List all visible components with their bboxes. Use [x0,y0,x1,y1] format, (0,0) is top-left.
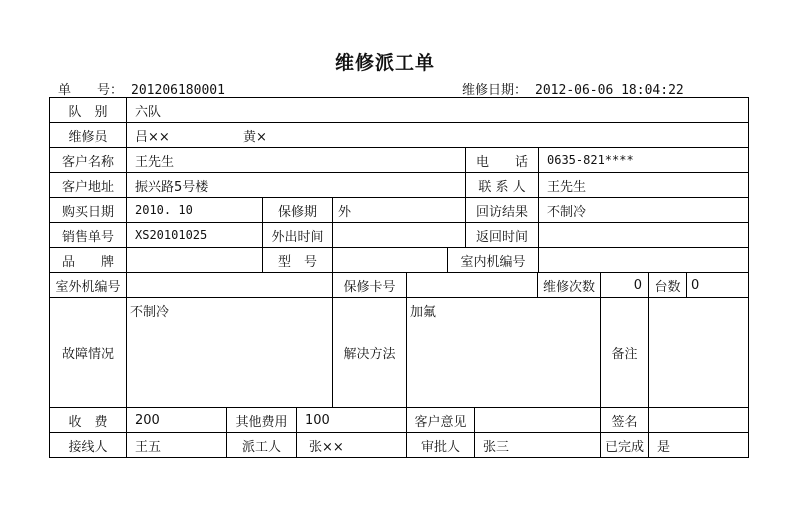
completed-label: 已完成 [600,432,649,458]
purchase-date-value[interactable]: 2010. 10 [126,197,263,223]
order-number-label: 单 号： [58,83,123,98]
team-label: 队 别 [49,97,127,123]
return-time-value[interactable] [538,222,749,248]
receiver-value[interactable]: 王五 [126,432,227,458]
approver-label: 审批人 [406,432,475,458]
customer-name-label: 客户名称 [49,147,127,173]
repair-count-value[interactable]: 0 [600,272,649,298]
repair-date-value: 2012-06-06 18:04:22 [527,83,684,98]
remarks-value[interactable] [648,297,749,408]
customer-opinion-value[interactable] [474,407,601,433]
followup-result-label: 回访结果 [465,197,539,223]
outdoor-unit-no-label: 室外机编号 [49,272,127,298]
team-value[interactable]: 六队 [126,97,749,123]
sales-order-value[interactable]: XS20101025 [126,222,263,248]
warranty-value[interactable]: 外 [332,197,466,223]
customer-opinion-label: 客户意见 [406,407,475,433]
other-fee-label: 其他费用 [226,407,297,433]
warranty-card-label: 保修卡号 [332,272,407,298]
brand-value[interactable] [126,247,263,273]
repairer-2: 黄× [243,126,267,145]
contact-value[interactable]: 王先生 [538,172,749,198]
warranty-label: 保修期 [262,197,333,223]
model-value[interactable] [332,247,448,273]
repairers-label: 维修员 [49,122,127,148]
return-time-label: 返回时间 [465,222,539,248]
signature-value[interactable] [648,407,749,433]
repair-count-label: 维修次数 [537,272,601,298]
page-title: 维修派工单 [0,48,770,75]
unit-count-label: 台数 [648,272,687,298]
customer-name-value[interactable]: 王先生 [126,147,466,173]
signature-label: 签名 [600,407,649,433]
indoor-unit-no-label: 室内机编号 [447,247,539,273]
phone-value[interactable]: 0635-821**** [538,147,749,173]
dispatcher-value[interactable]: 张×× [296,432,407,458]
warranty-card-value[interactable] [406,272,538,298]
sales-order-label: 销售单号 [49,222,127,248]
customer-address-label: 客户地址 [49,172,127,198]
fault-label: 故障情况 [49,297,127,408]
brand-label: 品 牌 [49,247,127,273]
fault-value[interactable]: 不制冷 [126,297,333,408]
dispatcher-label: 派工人 [226,432,297,458]
contact-label: 联 系 人 [465,172,539,198]
indoor-unit-no-value[interactable] [538,247,749,273]
outdoor-unit-no-value[interactable] [126,272,333,298]
other-fee-value[interactable]: 100 [296,407,407,433]
solution-label: 解决方法 [332,297,407,408]
receiver-label: 接线人 [49,432,127,458]
fee-label: 收 费 [49,407,127,433]
repair-date: 维修日期：2012-06-06 18:04:22 [462,79,684,98]
fee-value[interactable]: 200 [126,407,227,433]
phone-label: 电 话 [465,147,539,173]
completed-value[interactable]: 是 [648,432,749,458]
order-number: 单 号：201206180001 [58,79,225,98]
repairers-value[interactable]: 吕×× 黄× [126,122,749,148]
repairer-1: 吕×× [135,126,243,145]
purchase-date-label: 购买日期 [49,197,127,223]
customer-address-value[interactable]: 振兴路5号楼 [126,172,466,198]
solution-value[interactable]: 加氟 [406,297,601,408]
out-time-value[interactable] [332,222,466,248]
unit-count-value[interactable]: 0 [686,272,749,298]
followup-result-value[interactable]: 不制冷 [538,197,749,223]
remarks-label: 备注 [600,297,649,408]
order-number-value: 201206180001 [123,83,225,98]
approver-value[interactable]: 张三 [474,432,601,458]
repair-date-label: 维修日期： [462,83,527,98]
out-time-label: 外出时间 [262,222,333,248]
model-label: 型 号 [262,247,333,273]
